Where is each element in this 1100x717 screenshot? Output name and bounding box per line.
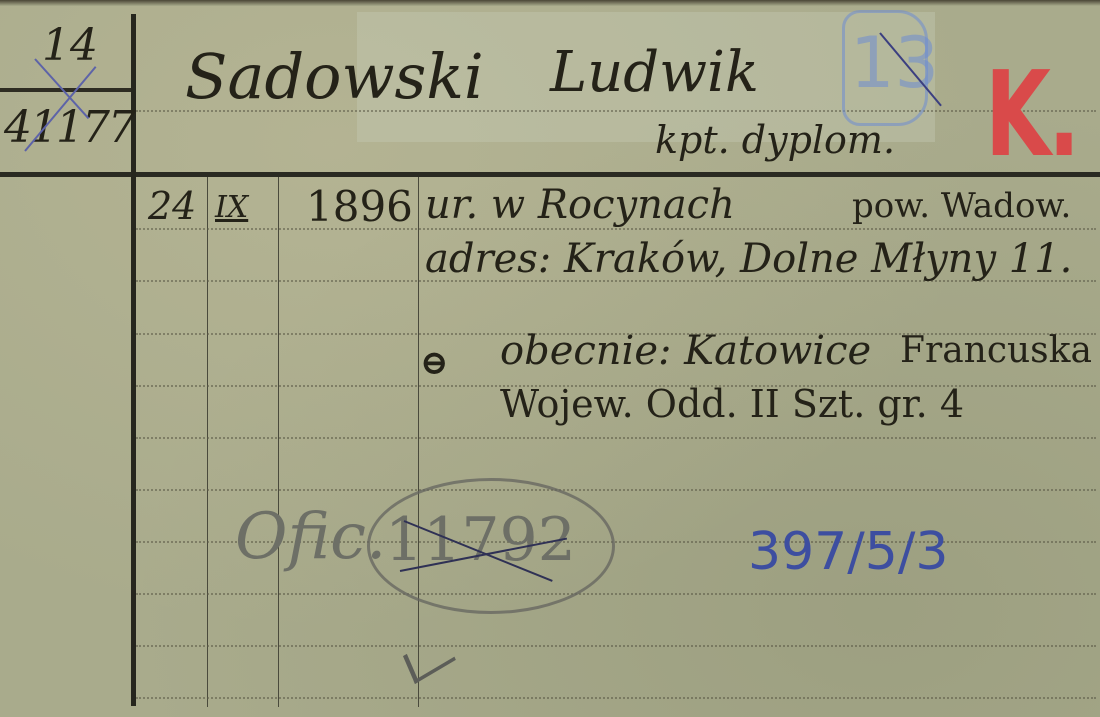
number-divider-line: [0, 88, 133, 92]
district: pow. Wadow.: [852, 186, 1071, 226]
birth-day: 24: [148, 184, 196, 228]
card-number-lower: 41177: [4, 102, 134, 153]
struck-mark: ⊖: [420, 343, 449, 383]
reference-number: 397/5/3: [748, 522, 948, 582]
given-name: Ludwik: [550, 40, 759, 105]
column-line-day: [207, 177, 208, 707]
card-number-upper: 14: [42, 20, 98, 71]
circled-number: 11792: [385, 505, 576, 575]
pencil-note-ofic: Ofic.: [235, 500, 386, 574]
dotted-rule: [136, 437, 1096, 439]
birth-month: IX: [215, 190, 248, 225]
dotted-rule: [136, 593, 1096, 595]
dotted-rule: [136, 228, 1096, 230]
blue-mark-number: 13: [850, 22, 939, 104]
birth-year: 1896: [306, 182, 413, 231]
header-rule: [0, 172, 1100, 177]
dotted-rule: [136, 489, 1096, 491]
address: adres: Kraków, Dolne Młyny 11.: [425, 236, 1072, 282]
surname: Sadowski: [185, 40, 484, 113]
birthplace: ur. w Rocynach: [425, 182, 735, 228]
index-card: 14 41177 Sadowski Ludwik kpt. dyplom. 13…: [0, 0, 1100, 717]
red-k-stamp: K.: [985, 55, 1077, 173]
unit-assignment: Wojew. Odd. II Szt. gr. 4: [500, 382, 964, 426]
dotted-rule: [136, 645, 1096, 647]
column-line-month: [278, 177, 279, 707]
dotted-rule: [136, 697, 1096, 699]
check-mark: [403, 632, 456, 684]
current-location: obecnie: Katowice: [500, 328, 871, 374]
column-line-year: [418, 177, 419, 707]
current-street: Francuska 49: [900, 330, 1100, 371]
